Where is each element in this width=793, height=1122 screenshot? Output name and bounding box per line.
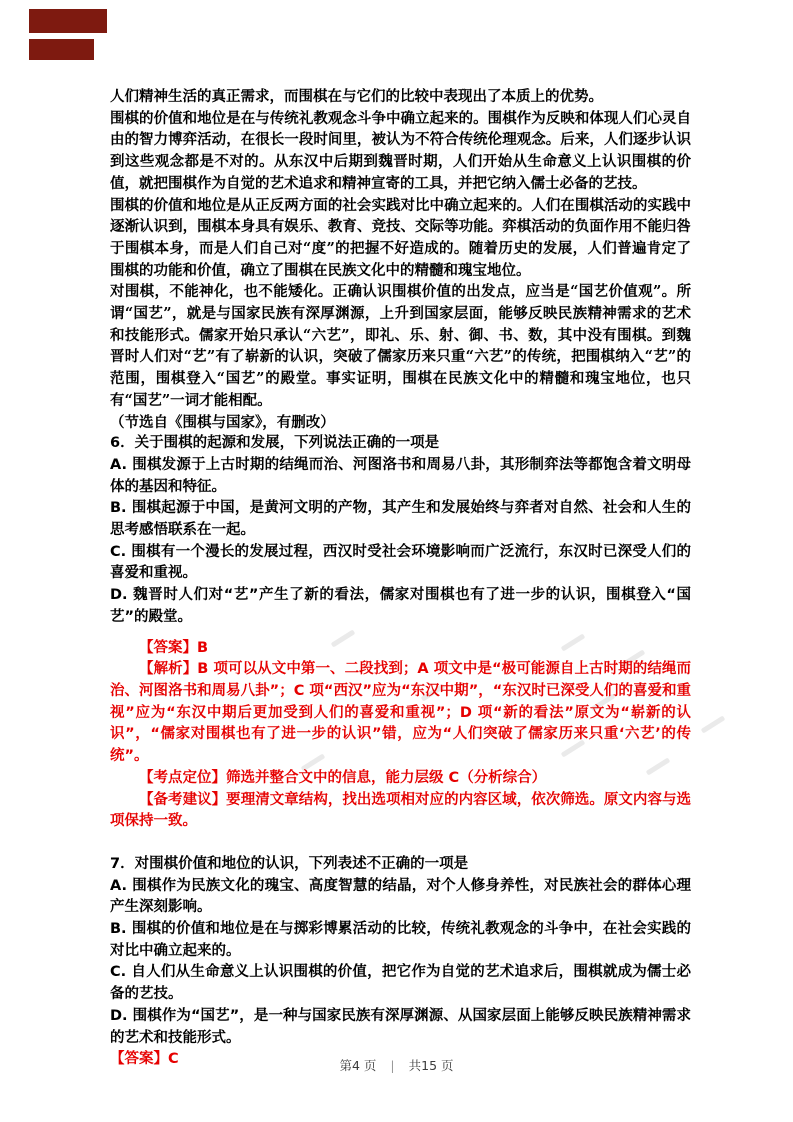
question-6-analysis: 【解析】B 项可以从文中第一、二段找到；A 项文中是“极可能源自上古时期的结绳而… — [110, 659, 691, 768]
passage-paragraph: 对围棋，不能神化，也不能矮化。正确认识围棋价值的出发点，应当是“国艺价值观”。所… — [110, 281, 691, 411]
question-6-stem: 6．关于围棋的起源和发展，下列说法正确的一项是 — [110, 433, 691, 455]
question-7-option-d: D. 围棋作为“国艺”，是一种与国家民族有深厚渊源、从国家层面上能够反映民族精神… — [110, 1006, 691, 1049]
document-page: 人们精神生活的真正需求，而围棋在与它们的比较中表现出了本质上的优势。 围棋的价值… — [0, 0, 793, 1122]
passage-paragraph: 围棋的价值和地位是从正反两方面的社会实践对比中确立起来的。人们在围棋活动的实践中… — [110, 195, 691, 282]
question-7-option-b: B. 围棋的价值和地位是在与掷彩博累活动的比较，传统礼教观念的斗争中，在社会实践… — [110, 919, 691, 962]
redaction-bar-top — [29, 9, 107, 33]
passage-paragraph: 围棋的价值和地位是在与传统礼教观念斗争中确立起来的。围棋作为反映和体现人们心灵自… — [110, 108, 691, 195]
passage-source-note: （节选自《围棋与国家》，有删改） — [110, 412, 691, 434]
footer-current-page: 第4 页 — [339, 1058, 376, 1073]
question-7-block: 7．对围棋价值和地位的认识，下列表述不正确的一项是 A. 围棋作为民族文化的瑰宝… — [110, 854, 691, 1071]
document-body: 人们精神生活的真正需求，而围棋在与它们的比较中表现出了本质上的优势。 围棋的价值… — [110, 86, 691, 1071]
watermark-mark — [701, 715, 726, 733]
page-footer: 第4 页|共15 页 — [0, 1056, 793, 1074]
question-6-option-b: B. 围棋起源于中国，是黄河文明的产物，其产生和发展始终与弈者对自然、社会和人生… — [110, 498, 691, 541]
question-6-option-c: C. 围棋有一个漫长的发展过程，西汉时受社会环境影响而广泛流行，东汉时已深受人们… — [110, 542, 691, 585]
question-6-block: 6．关于围棋的起源和发展，下列说法正确的一项是 A. 围棋发源于上古时期的结绳而… — [110, 433, 691, 628]
reading-passage: 人们精神生活的真正需求，而围棋在与它们的比较中表现出了本质上的优势。 围棋的价值… — [110, 86, 691, 433]
footer-separator: | — [376, 1058, 408, 1073]
question-6-answer-block: 【答案】B 【解析】B 项可以从文中第一、二段找到；A 项文中是“极可能源自上古… — [110, 638, 691, 833]
question-6-option-a: A. 围棋发源于上古时期的结绳而治、河图洛书和周易八卦，其形制弈法等都饱含着文明… — [110, 455, 691, 498]
question-7-option-a: A. 围棋作为民族文化的瑰宝、高度智慧的结晶，对个人修身养性，对民族社会的群体心… — [110, 876, 691, 919]
question-6-answer: 【答案】B — [110, 638, 691, 660]
question-7-option-c: C. 自人们从生命意义上认识围棋的价值，把它作为自觉的艺术追求后，围棋就成为儒士… — [110, 962, 691, 1005]
question-6-advice: 【备考建议】要理清文章结构，找出选项相对应的内容区域，依次筛选。原文内容与选项保… — [110, 790, 691, 833]
question-6-option-d: D. 魏晋时人们对“艺”产生了新的看法，儒家对围棋也有了进一步的认识，围棋登入“… — [110, 585, 691, 628]
redaction-bar-bottom — [29, 39, 94, 60]
footer-total-pages: 共15 页 — [409, 1058, 454, 1073]
question-7-stem: 7．对围棋价值和地位的认识，下列表述不正确的一项是 — [110, 854, 691, 876]
question-6-exam-point: 【考点定位】筛选并整合文中的信息，能力层级 C（分析综合） — [110, 768, 691, 790]
passage-paragraph: 人们精神生活的真正需求，而围棋在与它们的比较中表现出了本质上的优势。 — [110, 86, 691, 108]
